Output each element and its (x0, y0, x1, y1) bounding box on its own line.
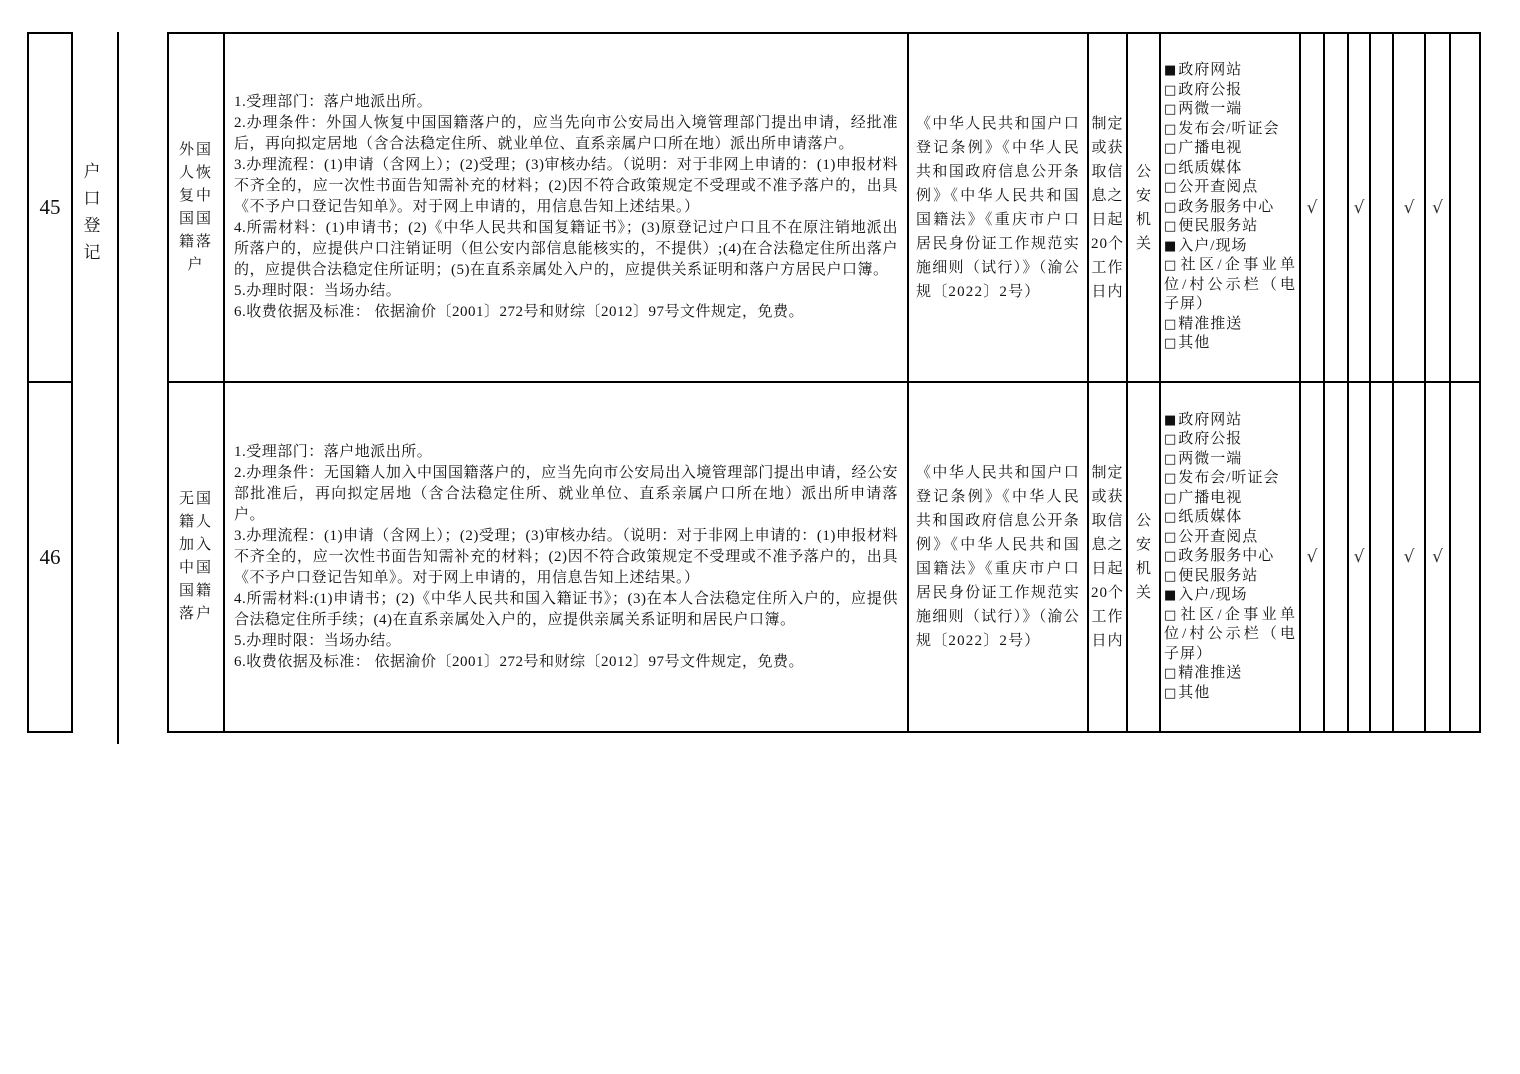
check-mark-cell (1325, 383, 1349, 731)
checkbox-icon: ■ (1164, 239, 1177, 254)
procedure-45: 1.受理部门：落户地派出所。2.办理条件：外国人恢复中国国籍落户的，应当先向市公… (225, 34, 909, 383)
procedure-line: 2.办理条件：外国人恢复中国国籍落户的，应当先向市公安局出入境管理部门提出申请，… (234, 113, 898, 155)
channel-label: 入户/现场 (1178, 587, 1247, 603)
agency-45: 公安机关 (1128, 34, 1161, 383)
channel-label: 纸质媒体 (1178, 509, 1242, 525)
channel-label: 发布会/听证会 (1178, 121, 1279, 137)
channel-label: 政务服务中心 (1178, 199, 1274, 215)
mark-columns-45: √√√√ (1301, 34, 1479, 383)
channel-label: 其他 (1178, 335, 1210, 351)
checkbox-icon: □ (1164, 102, 1177, 117)
check-mark-cell: √ (1301, 383, 1325, 731)
channel-label: 广播电视 (1178, 490, 1242, 506)
checkbox-icon: □ (1164, 608, 1180, 623)
channel-label: 政府网站 (1178, 62, 1242, 78)
channel-item: □政务服务中心 (1164, 198, 1296, 218)
legal-basis-text: 《中华人民共和国户口登记条例》《中华人民共和国政府信息公开条例》《中华人民共和国… (916, 461, 1080, 653)
procedure-line: 6.收费依据及标准： 依据渝价〔2001〕272号和财综〔2012〕97号文件规… (234, 652, 898, 673)
channel-item: ■政府网站 (1164, 61, 1296, 81)
channel-item: □社区/企事业单位/村公示栏（电子屏） (1164, 606, 1296, 665)
channel-item: □公开查阅点 (1164, 528, 1296, 548)
channel-item: □纸质媒体 (1164, 508, 1296, 528)
document-page: 45 46 户口登记 外国人恢复中国国籍落户 1.受理部门：落户地派出所。2.办… (0, 0, 1520, 1074)
channels-46: ■政府网站 □政府公报 □两微一端 □发布会/听证会 □广播电视 □纸质媒体 □… (1161, 383, 1301, 731)
channels-45: ■政府网站 □政府公报 □两微一端 □发布会/听证会 □广播电视 □纸质媒体 □… (1161, 34, 1301, 383)
channel-item: □便民服务站 (1164, 567, 1296, 587)
channel-label: 政府公报 (1178, 82, 1242, 98)
channel-item: □政府公报 (1164, 81, 1296, 101)
channel-item: □发布会/听证会 (1164, 469, 1296, 489)
channel-item: □广播电视 (1164, 139, 1296, 159)
channel-item: □便民服务站 (1164, 217, 1296, 237)
row-number-45: 45 (29, 34, 71, 383)
procedure-line: 1.受理部门：落户地派出所。 (234, 92, 898, 113)
procedure-line: 4.所需材料：(1)申请书；(2)《中华人民共和国复籍证书》；(3)原登记过户口… (234, 218, 898, 281)
checkbox-icon: ■ (1164, 413, 1177, 428)
check-mark-cell: √ (1394, 34, 1426, 381)
channel-label: 精准推送 (1178, 665, 1242, 681)
checkbox-icon: □ (1164, 122, 1177, 137)
checkbox-icon: □ (1164, 141, 1177, 156)
channel-item: □其他 (1164, 684, 1296, 704)
check-mark-cell: √ (1426, 383, 1451, 731)
channel-item: □其他 (1164, 334, 1296, 354)
checkbox-icon: □ (1164, 200, 1177, 215)
channel-label: 政务服务中心 (1178, 548, 1274, 564)
time-limit-text: 制定或获取信息之日起20个工作日内 (1091, 112, 1125, 304)
checkbox-icon: □ (1164, 452, 1177, 467)
mark-columns-46: √√√√ (1301, 383, 1479, 731)
checkbox-icon: □ (1164, 83, 1177, 98)
channel-item: □公开查阅点 (1164, 178, 1296, 198)
checkbox-icon: □ (1164, 491, 1177, 506)
channel-label: 两微一端 (1178, 451, 1242, 467)
channel-item: □广播电视 (1164, 489, 1296, 509)
item-name-45: 外国人恢复中国国籍落户 (169, 34, 225, 383)
channel-label: 便民服务站 (1178, 568, 1258, 584)
channel-item: □两微一端 (1164, 450, 1296, 470)
category-label: 户口登记 (73, 158, 117, 266)
check-mark-cell: √ (1349, 383, 1371, 731)
checkbox-icon: ■ (1164, 588, 1177, 603)
channel-item: □精准推送 (1164, 315, 1296, 335)
time-limit-45: 制定或获取信息之日起20个工作日内 (1089, 34, 1128, 383)
channel-item: □两微一端 (1164, 100, 1296, 120)
marks-grid: √√√√ (1301, 34, 1479, 381)
time-limit-46: 制定或获取信息之日起20个工作日内 (1089, 383, 1128, 731)
channel-label: 便民服务站 (1178, 218, 1258, 234)
procedure-line: 3.办理流程：(1)申请（含网上）；(2)受理；(3)审核办结。（说明：对于非网… (234, 526, 898, 589)
category-column-divider (117, 32, 119, 744)
channel-label: 社区/企事业单位/村公示栏（电子屏） (1164, 607, 1296, 662)
procedure-46: 1.受理部门：落户地派出所。2.办理条件：无国籍人加入中国国籍落户的，应当先向市… (225, 383, 909, 731)
check-mark-cell (1325, 34, 1349, 381)
checkbox-icon: □ (1164, 666, 1177, 681)
agency-text: 公安机关 (1135, 509, 1152, 605)
legal-basis-45: 《中华人民共和国户口登记条例》《中华人民共和国政府信息公开条例》《中华人民共和国… (909, 34, 1089, 383)
procedure-line: 5.办理时限：当场办结。 (234, 631, 898, 652)
channel-label: 广播电视 (1178, 140, 1242, 156)
checkbox-icon: □ (1164, 471, 1177, 486)
check-mark-cell (1371, 383, 1394, 731)
channel-item: ■入户/现场 (1164, 586, 1296, 606)
checkbox-icon: □ (1164, 432, 1177, 447)
legal-basis-46: 《中华人民共和国户口登记条例》《中华人民共和国政府信息公开条例》《中华人民共和国… (909, 383, 1089, 731)
agency-46: 公安机关 (1128, 383, 1161, 731)
channel-item: □精准推送 (1164, 664, 1296, 684)
checkbox-icon: ■ (1164, 63, 1177, 78)
checkbox-icon: □ (1164, 161, 1177, 176)
channel-label: 精准推送 (1178, 316, 1242, 332)
row-number-46: 46 (29, 383, 71, 731)
checkbox-icon: □ (1164, 219, 1177, 234)
legal-basis-text: 《中华人民共和国户口登记条例》《中华人民共和国政府信息公开条例》《中华人民共和国… (916, 112, 1080, 304)
check-mark-cell (1371, 34, 1394, 381)
channel-label: 公开查阅点 (1178, 179, 1258, 195)
procedure-line: 5.办理时限：当场办结。 (234, 281, 898, 302)
channel-item: □纸质媒体 (1164, 159, 1296, 179)
row-number-column: 45 46 (27, 32, 73, 733)
channel-label: 纸质媒体 (1178, 160, 1242, 176)
checkbox-icon: □ (1164, 510, 1177, 525)
time-limit-text: 制定或获取信息之日起20个工作日内 (1091, 461, 1125, 653)
channel-item: ■政府网站 (1164, 411, 1296, 431)
service-table: 外国人恢复中国国籍落户 1.受理部门：落户地派出所。2.办理条件：外国人恢复中国… (167, 32, 1481, 733)
channel-item: □政府公报 (1164, 430, 1296, 450)
check-mark-cell: √ (1301, 34, 1325, 381)
channel-item: □发布会/听证会 (1164, 120, 1296, 140)
channel-label: 政府公报 (1178, 431, 1242, 447)
check-mark-cell: √ (1349, 34, 1371, 381)
checkbox-icon: □ (1164, 530, 1177, 545)
procedure-line: 2.办理条件：无国籍人加入中国国籍落户的，应当先向市公安局出入境管理部门提出申请… (234, 463, 898, 526)
marks-grid: √√√√ (1301, 383, 1479, 731)
channel-label: 政府网站 (1178, 412, 1242, 428)
channel-label: 发布会/听证会 (1178, 470, 1279, 486)
channel-label: 两微一端 (1178, 101, 1242, 117)
check-mark-cell (1451, 383, 1479, 731)
checkbox-icon: □ (1164, 549, 1177, 564)
procedure-line: 3.办理流程：(1)申请（含网上）；(2)受理；(3)审核办结。（说明：对于非网… (234, 155, 898, 218)
channel-label: 其他 (1178, 685, 1210, 701)
procedure-line: 1.受理部门：落户地派出所。 (234, 442, 898, 463)
checkbox-icon: □ (1164, 569, 1177, 584)
checkbox-icon: □ (1164, 336, 1177, 351)
checkbox-icon: □ (1164, 258, 1180, 273)
check-mark-cell (1451, 34, 1479, 381)
channel-label: 社区/企事业单位/村公示栏（电子屏） (1164, 257, 1296, 312)
channel-item: □政务服务中心 (1164, 547, 1296, 567)
item-name-46: 无国籍人加入中国国籍落户 (169, 383, 225, 731)
checkbox-icon: □ (1164, 180, 1177, 195)
channel-item: ■入户/现场 (1164, 237, 1296, 257)
check-mark-cell: √ (1394, 383, 1426, 731)
channel-item: □社区/企事业单位/村公示栏（电子屏） (1164, 256, 1296, 315)
procedure-line: 4.所需材料:(1)申请书；(2)《中华人民共和国入籍证书》；(3)在本人合法稳… (234, 589, 898, 631)
check-mark-cell: √ (1426, 34, 1451, 381)
procedure-line: 6.收费依据及标准： 依据渝价〔2001〕272号和财综〔2012〕97号文件规… (234, 302, 898, 323)
channel-label: 公开查阅点 (1178, 529, 1258, 545)
checkbox-icon: □ (1164, 686, 1177, 701)
channel-label: 入户/现场 (1178, 238, 1247, 254)
agency-text: 公安机关 (1135, 160, 1152, 256)
checkbox-icon: □ (1164, 317, 1177, 332)
